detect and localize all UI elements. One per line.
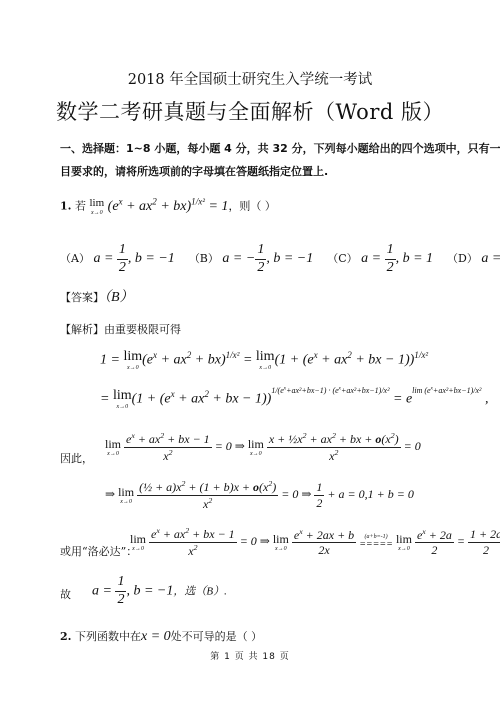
analysis-header: 【解析】由重要极限可得 xyxy=(60,321,181,337)
section-instructions-line2: 目要求的，请将所选项前的字母填在答题纸指定位置上. xyxy=(60,163,328,179)
page-footer: 第 1 页 共 18 页 xyxy=(0,649,500,662)
option-a: （A） a = 12, b = −1 xyxy=(60,252,175,265)
derivation-line-2: = limx→0(1 + (ex + ax2 + bx − 1))1/(ex+a… xyxy=(100,385,488,410)
answer-label: 【答案】 xyxy=(60,291,104,304)
conclusion: a = 12, b = −1，选（B）. xyxy=(92,575,227,607)
so-label: 故 xyxy=(60,586,71,602)
question-prefix: 若 xyxy=(75,200,86,213)
analysis-label: 【解析】 xyxy=(60,323,104,336)
derivation-therefore: limx→0 ex + ax2 + bx − 1x2 = 0 ⇒ limx→0 … xyxy=(105,432,421,462)
exam-title: 2018 年全国硕士研究生入学统一考试 xyxy=(0,68,500,89)
derivation-lhopital: limx→0 ex + ax2 + bx − 1x2 = 0 ⇒ limx→0 … xyxy=(130,527,500,557)
derivation-line-1: 1 = limx→0(ex + ax2 + bx)1/x² = limx→0(1… xyxy=(100,350,428,371)
option-b: （B） a = −12, b = −1 xyxy=(189,252,313,265)
question-1: 1. 若 limx→0 (ex + ax2 + bx)1/x² = 1，则（ ） xyxy=(60,196,276,216)
option-d: （D） a = −12, b = 1 xyxy=(447,252,500,265)
answer-value: （B） xyxy=(104,290,134,305)
question-number: 1. xyxy=(60,200,71,213)
limit-expression: (ex + ax2 + bx)1/x² = 1 xyxy=(108,199,229,214)
section-instructions-line1: 一、选择题：1~8 小题，每小题 4 分，共 32 分，下列每小题给出的四个选项… xyxy=(60,140,500,156)
limit-operator: limx→0 xyxy=(89,198,104,216)
lhopital-label: 或用“洛必达”： xyxy=(60,543,137,559)
question-2: 2. 下列函数中在x = 0处不可导的是（ ） xyxy=(60,628,262,645)
document-title: 数学二考研真题与全面解析（Word 版） xyxy=(0,96,500,126)
question-suffix: ，则（ ） xyxy=(228,200,276,213)
derivation-implies: ⇒ limx→0 (½ + a)x2 + (1 + b)x + o(x2)x2 … xyxy=(105,480,414,510)
analysis-intro: 由重要极限可得 xyxy=(104,323,181,336)
answer: 【答案】（B） xyxy=(60,286,134,306)
question-1-options: （A） a = 12, b = −1 （B） a = −12, b = −1 （… xyxy=(60,243,500,275)
option-c: （C） a = 12, b = 1 xyxy=(327,252,433,265)
therefore-label: 因此， xyxy=(60,450,93,466)
